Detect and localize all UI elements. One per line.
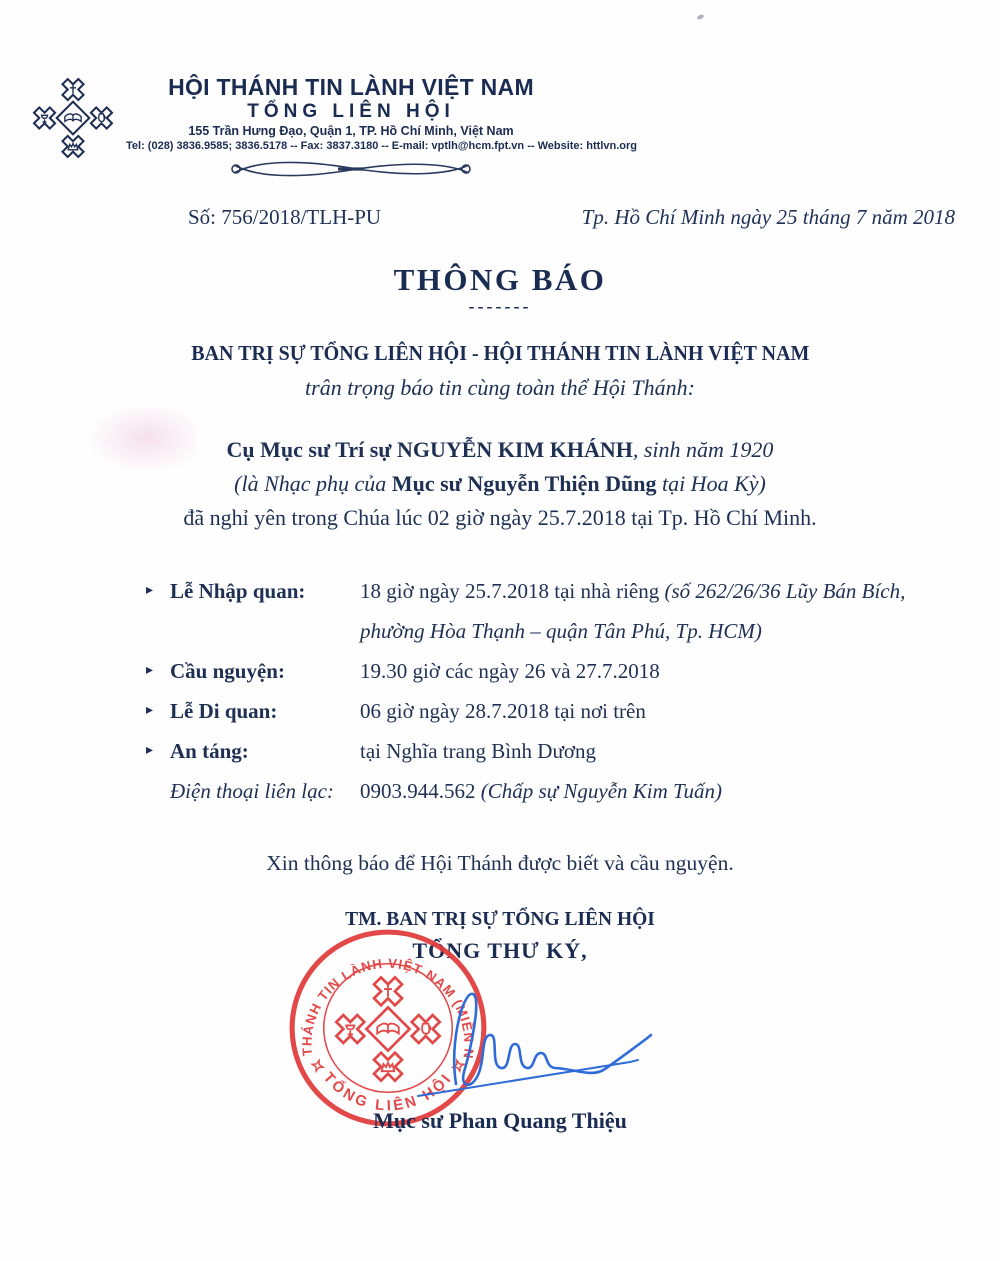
- contact-phone-label: Điện thoại liên lạc:: [170, 771, 360, 811]
- org-name: HỘI THÁNH TIN LÀNH VIỆT NAM: [126, 74, 576, 100]
- signer-name: Mục sư Phan Quang Thiệu: [0, 1108, 1000, 1134]
- funeral-schedule: ▸ Lễ Nhập quan: 18 giờ ngày 25.7.2018 tạ…: [146, 571, 1000, 811]
- schedule-row-di-quan: ▸ Lễ Di quan: 06 giờ ngày 28.7.2018 tại …: [146, 691, 1000, 731]
- bullet-triangle-icon: ▸: [146, 691, 170, 731]
- schedule-value: 18 giờ ngày 25.7.2018 tại nhà riêng (số …: [360, 571, 905, 611]
- bullet-triangle-icon: ▸: [146, 571, 170, 611]
- schedule-label: Lễ Di quan:: [170, 691, 360, 731]
- scan-artifact-speck: [696, 14, 704, 21]
- church-cross-logo-icon: [30, 76, 116, 165]
- flourish-divider: [126, 156, 576, 187]
- announcement-intro: trân trọng báo tin cùng toàn thể Hội Thá…: [0, 375, 1000, 401]
- schedule-row-continuation: phường Hòa Thạnh – quận Tân Phú, Tp. HCM…: [146, 611, 1000, 651]
- announcer-line: BAN TRỊ SỰ TỔNG LIÊN HỘI - HỘI THÁNH TIN…: [0, 341, 1000, 366]
- schedule-row-cau-nguyen: ▸ Cầu nguyện: 19.30 giờ các ngày 26 và 2…: [146, 651, 1000, 691]
- schedule-row-contact-phone: Điện thoại liên lạc: 0903.944.562 (Chấp …: [146, 771, 1000, 811]
- bullet-triangle-icon: ▸: [146, 651, 170, 691]
- closing-sentence: Xin thông báo để Hội Thánh được biết và …: [0, 851, 1000, 876]
- announcement-document: HỘI THÁNH TIN LÀNH VIỆT NAM TỔNG LIÊN HỘ…: [0, 0, 1000, 1261]
- org-division: TỔNG LIÊN HỘI: [126, 100, 576, 123]
- bullet-triangle-icon: ▸: [146, 731, 170, 771]
- document-title: THÔNG BÁO: [0, 262, 1000, 298]
- schedule-value: 19.30 giờ các ngày 26 và 27.7.2018: [360, 651, 660, 691]
- document-number: Số: 756/2018/TLH-PU: [188, 205, 381, 230]
- org-address: 155 Trần Hưng Đạo, Quận 1, TP. Hồ Chí Mi…: [126, 123, 576, 139]
- schedule-value: tại Nghĩa trang Bình Dương: [360, 731, 596, 771]
- place-and-date: Tp. Hồ Chí Minh ngày 25 tháng 7 năm 2018: [582, 205, 955, 230]
- contact-phone-value: 0903.944.562 (Chấp sự Nguyễn Kim Tuấn): [360, 771, 722, 811]
- deceased-passing-line: đã nghỉ yên trong Chúa lúc 02 giờ ngày 2…: [0, 501, 1000, 535]
- title-underline-dashes: -------: [0, 296, 1000, 317]
- schedule-label: Lễ Nhập quan:: [170, 571, 360, 611]
- handwritten-signature: [414, 956, 664, 1106]
- signing-authority-line: TM. BAN TRỊ SỰ TỔNG LIÊN HỘI: [0, 908, 1000, 931]
- schedule-row-an-tang: ▸ An táng: tại Nghĩa trang Bình Dương: [146, 731, 1000, 771]
- schedule-value-continuation: phường Hòa Thạnh – quận Tân Phú, Tp. HCM…: [360, 611, 762, 651]
- schedule-value: 06 giờ ngày 28.7.2018 tại nơi trên: [360, 691, 646, 731]
- schedule-label: An táng:: [170, 731, 360, 771]
- letterhead-text: HỘI THÁNH TIN LÀNH VIỆT NAM TỔNG LIÊN HỘ…: [126, 74, 576, 187]
- schedule-label: Cầu nguyện:: [170, 651, 360, 691]
- letterhead: HỘI THÁNH TIN LÀNH VIỆT NAM TỔNG LIÊN HỘ…: [30, 74, 1000, 187]
- stamp-star-separator-icon: [311, 1059, 325, 1073]
- org-contact-line: Tel: (028) 3836.9585; 3836.5178 -- Fax: …: [126, 139, 576, 153]
- document-meta-row: Số: 756/2018/TLH-PU Tp. Hồ Chí Minh ngày…: [0, 187, 1000, 230]
- scan-artifact-smudge: [86, 408, 196, 474]
- schedule-row-nhap-quan: ▸ Lễ Nhập quan: 18 giờ ngày 25.7.2018 tạ…: [146, 571, 1000, 611]
